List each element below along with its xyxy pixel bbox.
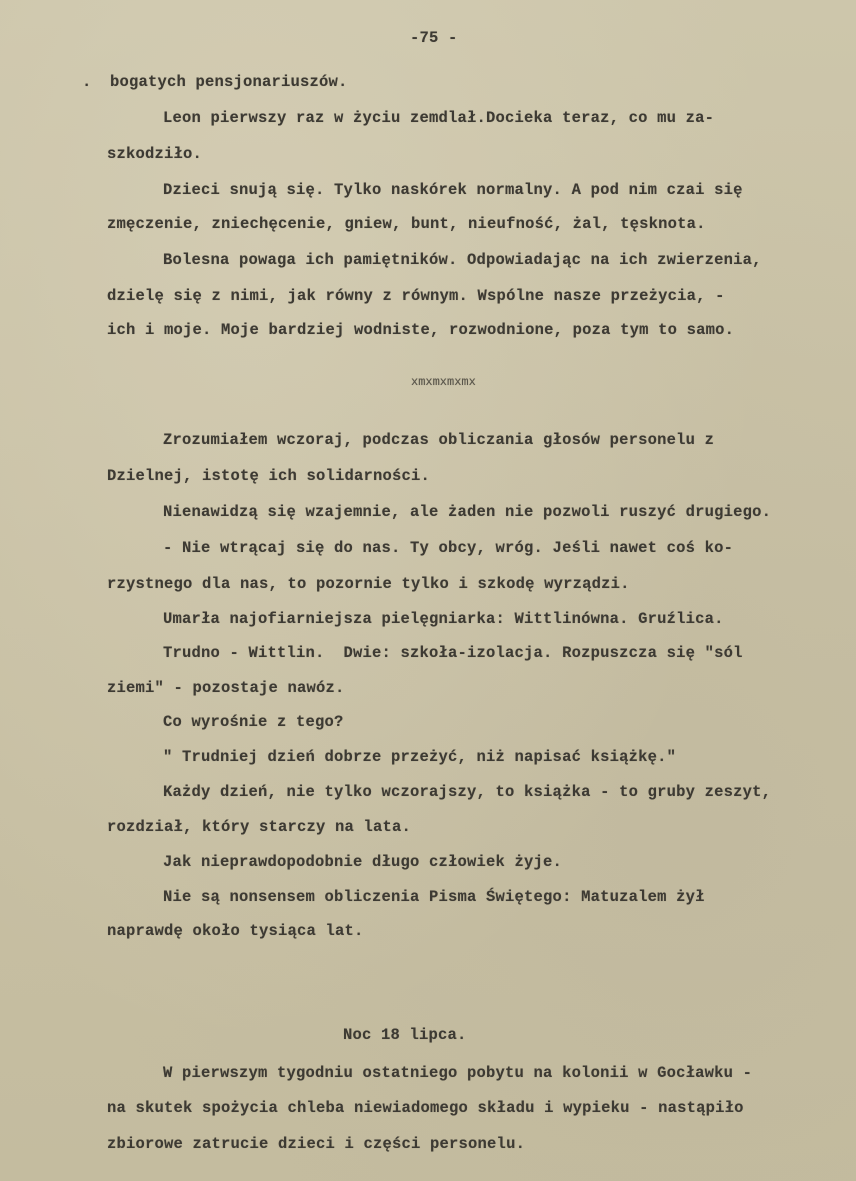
text-line: Dzielnej, istotę ich solidarności. [107,466,430,486]
text-line: Co wyrośnie z tego? [163,712,344,732]
bullet-mark: · [82,75,92,95]
text-line: rzystnego dla nas, to pozornie tylko i s… [107,574,630,594]
text-line: Jak nieprawdopodobnie długo człowiek żyj… [163,852,562,872]
text-line: - Nie wtrącaj się do nas. Ty obcy, wróg.… [163,538,733,558]
section-heading: Noc 18 lipca. [343,1025,467,1045]
text-line: ziemi" - pozostaje nawóz. [107,678,345,698]
text-line: Bolesna powaga ich pamiętników. Odpowiad… [163,250,762,270]
text-line: Nie są nonsensem obliczenia Pisma Święte… [163,887,705,907]
text-line: W pierwszym tygodniu ostatniego pobytu n… [163,1063,752,1083]
text-line: Dzieci snują się. Tylko naskórek normaln… [163,180,743,200]
text-line: Każdy dzień, nie tylko wczorajszy, to ks… [163,782,771,802]
text-line: dzielę się z nimi, jak równy z równym. W… [107,286,725,306]
text-line: Zrozumiałem wczoraj, podczas obliczania … [163,430,714,450]
typewritten-page: -75 - · bogatych pensjonariuszów. Leon p… [0,0,856,1181]
text-line: Leon pierwszy raz w życiu zemdlał.Dociek… [163,108,714,128]
page-number: -75 - [410,28,458,48]
text-line: rozdział, który starczy na lata. [107,817,411,837]
text-line: Umarła najofiarniejsza pielęgniarka: Wit… [163,609,724,629]
text-line: zbiorowe zatrucie dzieci i części person… [107,1134,525,1154]
text-line: bogatych pensjonariuszów. [110,72,348,92]
text-line: Nienawidzą się wzajemnie, ale żaden nie … [163,502,771,522]
text-line: naprawdę około tysiąca lat. [107,921,364,941]
text-line: szkodziło. [107,144,202,164]
text-line: " Trudniej dzień dobrze przeżyć, niż nap… [163,747,676,767]
text-line: na skutek spożycia chleba niewiadomego s… [107,1098,744,1118]
text-line: ich i moje. Moje bardziej wodniste, rozw… [107,320,734,340]
section-separator: xmxmxmxmx [411,372,476,392]
text-line: Trudno - Wittlin. Dwie: szkoła-izolacja.… [163,643,743,663]
text-line: zmęczenie, zniechęcenie, gniew, bunt, ni… [107,214,706,234]
